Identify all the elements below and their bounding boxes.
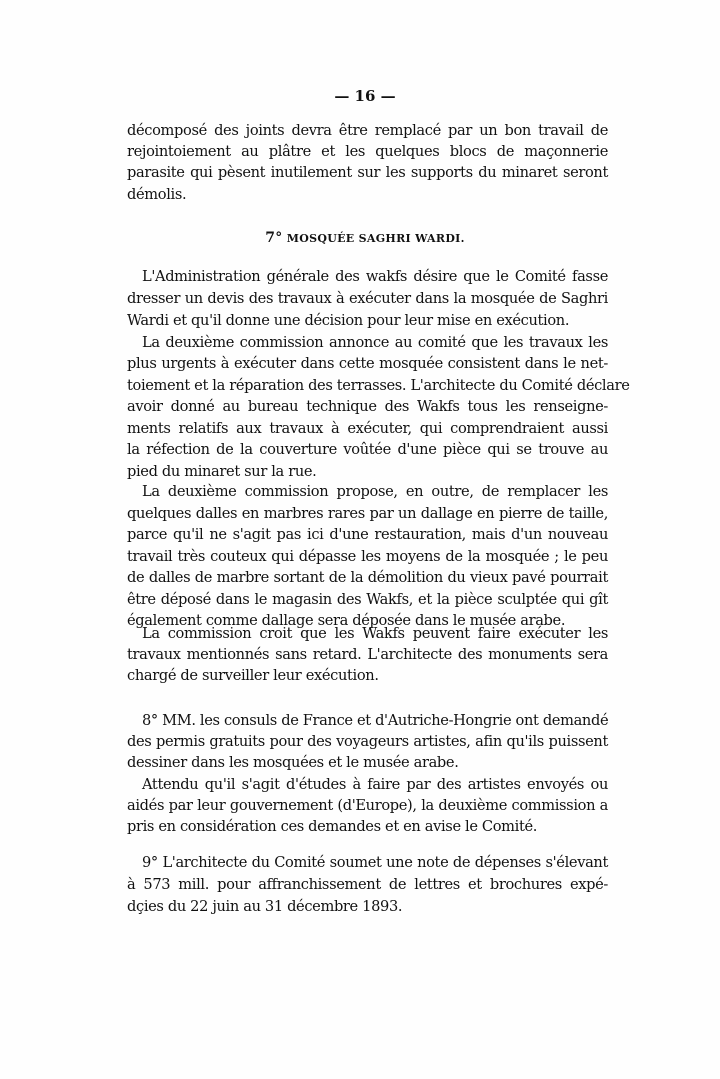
- text-line: Wardi et qu'il donne une décision pour l…: [127, 310, 608, 331]
- section-heading: 7° MOSQUÉE SAGHRI WARDI.: [230, 230, 500, 246]
- text-line: plus urgents à exécuter dans cette mosqu…: [127, 353, 608, 374]
- text-line: être déposé dans le magasin des Wakfs, e…: [127, 589, 608, 610]
- text-line: Attendu qu'il s'agit d'études à faire pa…: [142, 774, 608, 795]
- text-line: parasite qui pèsent inutilement sur les …: [127, 162, 608, 183]
- text-line: La commission croit que les Wakfs peuven…: [142, 623, 608, 644]
- text-line: la réfection de la couverture voûtée d'u…: [127, 439, 608, 460]
- text-line: avoir donné au bureau technique des Wakf…: [127, 396, 608, 417]
- text-line: pris en considération ces demandes et en…: [127, 816, 608, 837]
- section-number: 7°: [265, 230, 282, 246]
- text-line: quelques dalles en marbres rares par un …: [127, 503, 608, 524]
- text-line: rejointoiement au plâtre et les quelques…: [127, 141, 608, 162]
- document-page: — 16 — 7° MOSQUÉE SAGHRI WARDI. décompos…: [0, 0, 720, 1079]
- text-line: toiement et la réparation des terrasses.…: [127, 375, 608, 396]
- text-line: 8° MM. les consuls de France et d'Autric…: [142, 710, 608, 731]
- text-line: démolis.: [127, 184, 608, 205]
- text-line: dessiner dans les mosquées et le musée a…: [127, 752, 608, 773]
- text-line: parce qu'il ne s'agit pas ici d'une rest…: [127, 524, 608, 545]
- text-line: La deuxième commission propose, en outre…: [142, 481, 608, 502]
- text-line: dçies du 22 juin au 31 décembre 1893.: [127, 896, 608, 917]
- text-line: travail très couteux qui dépasse les moy…: [127, 546, 608, 567]
- text-line: L'Administration générale des wakfs dési…: [142, 266, 608, 287]
- text-line: travaux mentionnés sans retard. L'archit…: [127, 644, 608, 665]
- text-line: aidés par leur gouvernement (d'Europe), …: [127, 795, 608, 816]
- text-line: chargé de surveiller leur exécution.: [127, 665, 608, 686]
- section-title: MOSQUÉE SAGHRI WARDI.: [287, 232, 465, 245]
- text-line: 9° L'architecte du Comité soumet une not…: [142, 852, 608, 873]
- text-line: ments relatifs aux travaux à exécuter, q…: [127, 418, 608, 439]
- text-line: dresser un devis des travaux à exécuter …: [127, 288, 608, 309]
- text-line: des permis gratuits pour des voyageurs a…: [127, 731, 608, 752]
- text-line: à 573 mill. pour affranchissement de let…: [127, 874, 608, 895]
- text-line: La deuxième commission annonce au comité…: [142, 332, 608, 353]
- page-number: — 16 —: [300, 87, 430, 105]
- text-line: décomposé des joints devra être remplacé…: [127, 120, 608, 141]
- text-line: de dalles de marbre sortant de la démoli…: [127, 567, 608, 588]
- text-line: pied du minaret sur la rue.: [127, 461, 608, 482]
